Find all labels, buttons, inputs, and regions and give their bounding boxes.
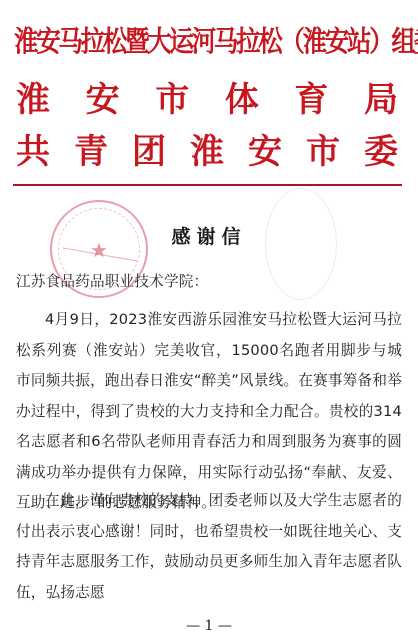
issuer-char: 团 xyxy=(132,124,166,173)
issuer-char: 共 xyxy=(16,124,50,173)
issuer-line-1: 淮安马拉松暨大运河马拉松（淮安站）组委会 xyxy=(14,20,404,60)
issuer-char: 青 xyxy=(74,124,108,173)
issuer-char: 育 xyxy=(294,72,328,121)
issuer-char: 安 xyxy=(248,124,282,173)
issuer-char: 安 xyxy=(86,72,120,121)
issuer-char: 委 xyxy=(364,124,398,173)
issuer-char: 淮 xyxy=(190,124,224,173)
issuer-line-3: 共 青 团 淮 安 市 委 xyxy=(14,124,400,173)
document-title: 感谢信 xyxy=(0,222,418,249)
page-number: — 1 — xyxy=(0,618,418,634)
issuer-char: 市 xyxy=(155,72,189,121)
body-paragraph-2: 在此，谨向贵校的支持、团委老师以及大学生志愿者的付出表示衷心感谢！同时，也希望贵… xyxy=(16,486,402,608)
issuer-line-2: 淮 安 市 体 育 局 xyxy=(14,72,400,121)
salutation: 江苏食品药品职业技术学院： xyxy=(16,267,402,298)
issuer-char: 局 xyxy=(364,72,398,121)
paragraph-text: 在此，谨向贵校的支持、团委老师以及大学生志愿者的付出表示衷心感谢！同时，也希望贵… xyxy=(16,486,402,608)
issuer-char: 淮 xyxy=(16,72,50,121)
header-divider xyxy=(13,184,402,186)
issuer-char: 体 xyxy=(225,72,259,121)
issuer-char: 市 xyxy=(306,124,340,173)
